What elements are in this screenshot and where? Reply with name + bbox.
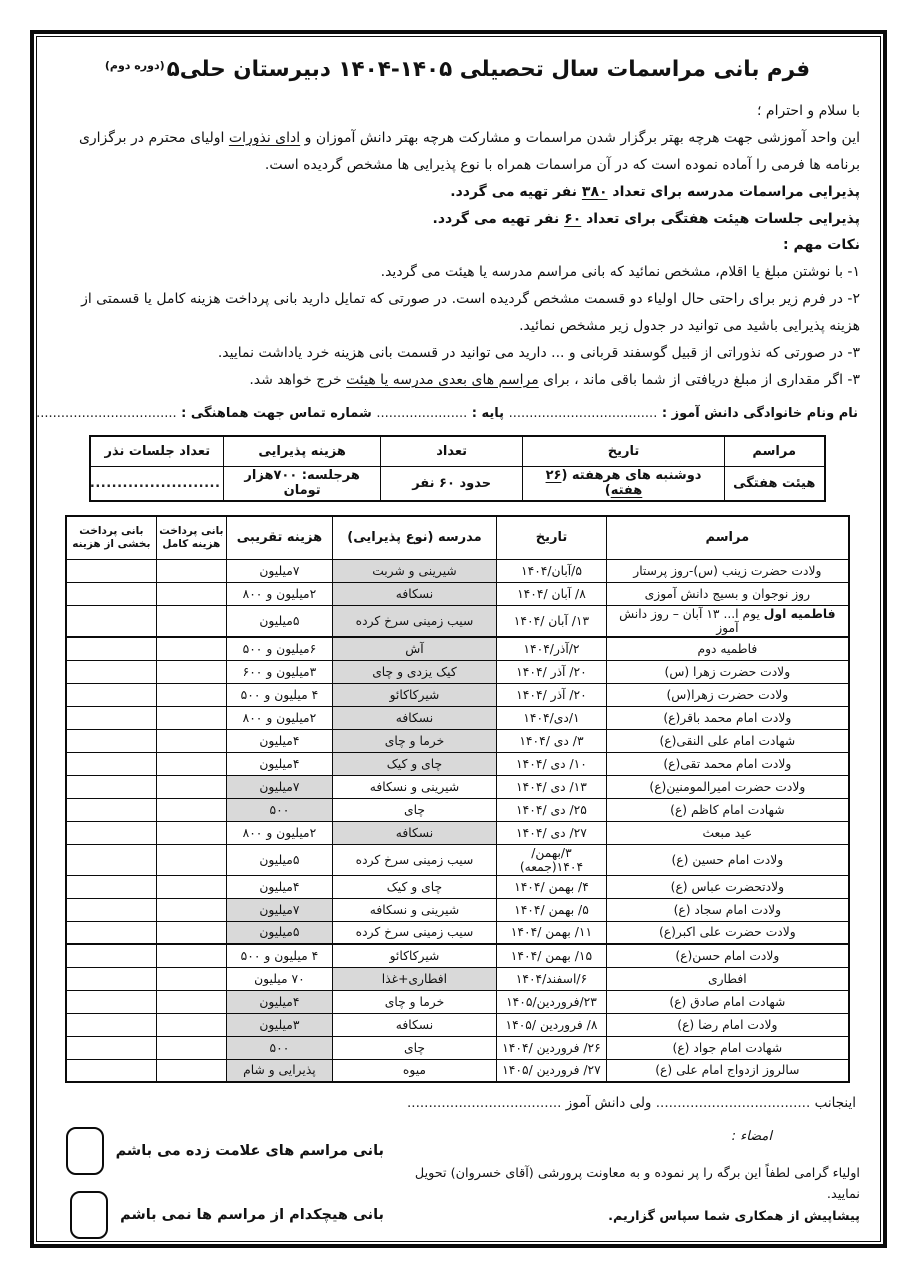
ceremony-row: ولادت امام سجاد (ع) ۵/ بهمن /۱۴۰۴ شیرینی… [66, 898, 849, 921]
ceremony-name-cell: ولادت حضرت امیرالمومنین(ع) [606, 775, 849, 798]
reception-type-cell: خرما و چای [332, 990, 496, 1013]
full-payment-cell[interactable] [156, 1013, 226, 1036]
weekly-nazr-field[interactable]: ........................ [90, 467, 224, 501]
ceremony-name-cell: ولادت امام رضا (ع) [606, 1013, 849, 1036]
note-1: ۱- با نوشتن مبلغ یا اقلام، مشخص نمائید ک… [55, 259, 860, 286]
full-payment-cell[interactable] [156, 560, 226, 583]
ceremony-date-cell: ۱۳/ دی /۱۴۰۴ [497, 775, 607, 798]
note-3: ۳- در صورتی که نذوراتی از قبیل گوسفند قر… [55, 340, 860, 367]
ceremony-date-cell: ۱/دی/۱۴۰۴ [497, 706, 607, 729]
reception-type-cell: شیرینی و نسکافه [332, 775, 496, 798]
partial-payment-cell[interactable] [66, 706, 156, 729]
form-page: فرم بانی مراسمات سال تحصیلی ۱۴۰۵-۱۴۰۴ دب… [0, 0, 921, 1280]
approx-cost-cell: ۷میلیون [227, 775, 333, 798]
partial-payment-cell[interactable] [66, 798, 156, 821]
full-payment-cell[interactable] [156, 898, 226, 921]
weekly-header-row: مراسم تاریخ تعداد هزینه پذیرایی تعداد جل… [90, 436, 825, 467]
approx-cost-cell: ۴میلیون [227, 729, 333, 752]
signature-block: امضاء : اولیاء گرامی لطفاً این برگه را پ… [390, 1113, 860, 1239]
approx-cost-cell: ۶میلیون و ۵۰۰ [227, 637, 333, 660]
ceremony-name-cell: ولادتحضرت عباس (ع) [606, 875, 849, 898]
header-reception-type: مدرسه (نوع پذیرایی) [332, 516, 496, 560]
full-payment-cell[interactable] [156, 706, 226, 729]
ceremony-row: ولادت امام محمد باقر(ع) ۱/دی/۱۴۰۴ نسکافه… [66, 706, 849, 729]
reception-type-cell: شیرکاکائو [332, 944, 496, 967]
ceremonies-header-row: مراسم تاریخ مدرسه (نوع پذیرایی) هزینه تق… [66, 516, 849, 560]
heyat-capacity-count: ۶۰ [564, 211, 581, 227]
full-payment-cell[interactable] [156, 606, 226, 638]
reception-type-cell: نسکافه [332, 1013, 496, 1036]
approx-cost-cell: ۴میلیون [227, 990, 333, 1013]
full-payment-cell[interactable] [156, 875, 226, 898]
ceremony-row: ولادت امام حسن(ع) ۱۵/ بهمن /۱۴۰۴ شیرکاکا… [66, 944, 849, 967]
ceremony-name-cell: شهادت امام جواد (ع) [606, 1036, 849, 1059]
approx-cost-cell: ۵۰۰ [227, 1036, 333, 1059]
approx-cost-cell: ۷۰ میلیون [227, 967, 333, 990]
sponsor-choice-block: بانی مراسم های علامت زده می باشم بانی هی… [55, 1113, 390, 1239]
ceremony-name-cell: فاطمیه دوم [606, 637, 849, 660]
ceremony-date-cell: ۸/ فروردین /۱۴۰۵ [497, 1013, 607, 1036]
ceremony-date-cell: ۱۵/ بهمن /۱۴۰۴ [497, 944, 607, 967]
ceremony-row: ولادت امام رضا (ع) ۸/ فروردین /۱۴۰۵ نسکا… [66, 1013, 849, 1036]
ceremony-name-cell: ولادت حضرت زهرا(س) [606, 683, 849, 706]
full-payment-cell[interactable] [156, 1036, 226, 1059]
approx-cost-cell: ۳میلیون [227, 1013, 333, 1036]
partial-payment-cell[interactable] [66, 921, 156, 944]
full-payment-cell[interactable] [156, 637, 226, 660]
sponsor-none-row: بانی هیچکدام از مراسم ها نمی باشم [55, 1191, 390, 1239]
reception-type-cell: شیرینی و شربت [332, 560, 496, 583]
weekly-data-row: هیئت هفتگی دوشنبه های هرهفته (۲۶ هفته) ح… [90, 467, 825, 501]
school-capacity-count: ۳۸۰ [582, 184, 608, 200]
weekly-date-a: دوشنبه های هرهفته ( [561, 468, 701, 483]
student-info-line: نام ونام خانوادگی دانش آموز : ..........… [57, 406, 858, 421]
ceremony-date-cell: ۳/ دی /۱۴۰۴ [497, 729, 607, 752]
ceremony-name-cell: روز نوجوان و بسیج دانش آموزی [606, 583, 849, 606]
header-partial-payment-sponsor: بانی پرداخت بخشی از هزینه [66, 516, 156, 560]
full-payment-cell[interactable] [156, 798, 226, 821]
weekly-header-nazr-count: تعداد جلسات نذر [90, 436, 224, 467]
ceremony-row: ولادت حضرت علی اکبر(ع) ۱۱/ بهمن /۱۴۰۴ سی… [66, 921, 849, 944]
sponsor-marked-row: بانی مراسم های علامت زده می باشم [55, 1127, 390, 1175]
phone-field[interactable]: .................................... [36, 406, 177, 421]
page-title: فرم بانی مراسمات سال تحصیلی ۱۴۰۵-۱۴۰۴ دب… [55, 57, 860, 82]
reception-type-cell: آش [332, 637, 496, 660]
ceremony-date-cell: ۵/ بهمن /۱۴۰۴ [497, 898, 607, 921]
ceremony-row: ولادت امام حسین (ع) ۳/بهمن/۱۴۰۴(جمعه) سی… [66, 844, 849, 875]
note-4-a: ۳- اگر مقداری از مبلغ دریافتی از شما باق… [539, 372, 860, 388]
ceremony-date-cell: ۲۰/ آذر /۱۴۰۴ [497, 660, 607, 683]
note-2: ۲- در فرم زیر برای راحتی حال اولیاء دو ق… [55, 286, 860, 340]
reception-type-cell: چای و کیک [332, 752, 496, 775]
ceremony-row: افطاری ۶/اسفند/۱۴۰۴ افطاری+غذا ۷۰ میلیون [66, 967, 849, 990]
heyat-capacity-line: پذیرایی جلسات هیئت هفتگی برای تعداد ۶۰ ن… [55, 206, 860, 233]
weekly-header-ceremony: مراسم [724, 436, 825, 467]
approx-cost-cell: ۵۰۰ [227, 798, 333, 821]
page-title-text: فرم بانی مراسمات سال تحصیلی ۱۴۰۵-۱۴۰۴ دب… [167, 57, 811, 82]
partial-payment-cell[interactable] [66, 844, 156, 875]
closing-note-2: پیشاپیش از همکاری شما سپاس گزاریم. [390, 1209, 860, 1224]
full-payment-cell[interactable] [156, 683, 226, 706]
weekly-ceremony-cell: هیئت هفتگی [724, 467, 825, 501]
sponsor-marked-checkbox[interactable] [66, 1127, 104, 1175]
ceremony-row: ولادت حضرت زینب (س)-روز پرستار ۵/آبان/۱۴… [66, 560, 849, 583]
reception-type-cell: نسکافه [332, 821, 496, 844]
signature-label: امضاء : [390, 1129, 772, 1144]
full-payment-cell[interactable] [156, 844, 226, 875]
ceremony-name-cell: شهادت امام کاظم (ع) [606, 798, 849, 821]
ceremony-name-cell: فاطمیه اول یوم ا... ۱۳ آبان – روز دانش آ… [606, 606, 849, 638]
full-payment-cell[interactable] [156, 752, 226, 775]
student-name-label: نام ونام خانوادگی دانش آموز : [662, 406, 858, 421]
partial-payment-cell[interactable] [66, 583, 156, 606]
bottom-section: امضاء : اولیاء گرامی لطفاً این برگه را پ… [55, 1113, 860, 1239]
school-capacity-a: پذیرایی مراسمات مدرسه برای تعداد [608, 184, 860, 200]
weekly-header-date: تاریخ [523, 436, 724, 467]
approx-cost-cell: ۷میلیون [227, 898, 333, 921]
intro-section: با سلام و احترام ؛ این واحد آموزشی جهت ه… [55, 98, 860, 394]
note-4: ۳- اگر مقداری از مبلغ دریافتی از شما باق… [55, 367, 860, 394]
ceremony-date-cell: ۵/آبان/۱۴۰۴ [497, 560, 607, 583]
ceremony-date-cell: ۴/ بهمن /۱۴۰۴ [497, 875, 607, 898]
ceremony-row: روز نوجوان و بسیج دانش آموزی ۸/ آبان /۱۴… [66, 583, 849, 606]
full-payment-cell[interactable] [156, 944, 226, 967]
intro-paragraph-underlined: ادای نذورات [229, 130, 300, 146]
phone-label: شماره تماس جهت هماهنگی : [181, 406, 372, 421]
ceremony-row: ولادتحضرت عباس (ع) ۴/ بهمن /۱۴۰۴ چای و ک… [66, 875, 849, 898]
header-approx-cost: هزینه تقریبی [227, 516, 333, 560]
partial-payment-cell[interactable] [66, 660, 156, 683]
grade-field[interactable]: ...................... [376, 406, 467, 421]
approx-cost-cell: ۲میلیون و ۸۰۰ [227, 583, 333, 606]
full-payment-cell[interactable] [156, 660, 226, 683]
page-border-frame: فرم بانی مراسمات سال تحصیلی ۱۴۰۵-۱۴۰۴ دب… [30, 30, 887, 1248]
note-4-b: خرج خواهد شد. [249, 372, 346, 388]
heyat-capacity-b: نفر تهیه می گردد. [433, 211, 565, 227]
ceremony-date-cell: ۸/ آبان /۱۴۰۴ [497, 583, 607, 606]
reception-type-cell: سیب زمینی سرخ کرده [332, 606, 496, 638]
partial-payment-cell[interactable] [66, 898, 156, 921]
header-date: تاریخ [497, 516, 607, 560]
ceremony-row: شهادت امام کاظم (ع) ۲۵/ دی /۱۴۰۴ چای ۵۰۰ [66, 798, 849, 821]
partial-payment-cell[interactable] [66, 944, 156, 967]
ceremony-name-cell: ولادت امام حسن(ع) [606, 944, 849, 967]
full-payment-cell[interactable] [156, 775, 226, 798]
full-payment-cell[interactable] [156, 729, 226, 752]
partial-payment-cell[interactable] [66, 637, 156, 660]
ceremony-name-cell: شهادت امام علی النقی(ع) [606, 729, 849, 752]
undersigned-name-field[interactable]: .................................... [656, 1095, 811, 1111]
partial-payment-cell[interactable] [66, 775, 156, 798]
reception-type-cell: سیب زمینی سرخ کرده [332, 921, 496, 944]
reception-type-cell: کیک یزدی و چای [332, 660, 496, 683]
ceremony-date-cell: ۲۷/ دی /۱۴۰۴ [497, 821, 607, 844]
reception-type-cell: افطاری+غذا [332, 967, 496, 990]
partial-payment-cell[interactable] [66, 560, 156, 583]
approx-cost-cell: ۴ میلیون و ۵۰۰ [227, 944, 333, 967]
ceremony-name-cell: عید مبعث [606, 821, 849, 844]
sponsor-none-checkbox[interactable] [70, 1191, 108, 1239]
ceremony-name-cell: ولادت امام سجاد (ع) [606, 898, 849, 921]
reception-type-cell: چای و کیک [332, 875, 496, 898]
note-4-underlined: مراسم های بعدی مدرسه یا هیئت [346, 372, 539, 388]
ceremony-name-cell: ولادت حضرت علی اکبر(ع) [606, 921, 849, 944]
weekly-count-cell: حدود ۶۰ نفر [380, 467, 523, 501]
ceremony-row: ولادت حضرت زهرا (س) ۲۰/ آذر /۱۴۰۴ کیک یز… [66, 660, 849, 683]
ceremony-row: شهادت امام صادق (ع) ۲۳/فروردین/۱۴۰۵ خرما… [66, 990, 849, 1013]
ceremony-name-cell: سالروز ازدواج امام علی (ع) [606, 1059, 849, 1082]
guardian-name-field[interactable]: .................................... [407, 1095, 562, 1111]
full-payment-cell[interactable] [156, 1059, 226, 1082]
intro-paragraph-a: این واحد آموزشی جهت هرچه بهتر برگزار شدن… [300, 130, 860, 146]
ceremony-row: شهادت امام علی النقی(ع) ۳/ دی /۱۴۰۴ خرما… [66, 729, 849, 752]
closing-note-1: اولیاء گرامی لطفاً این برگه را پر نموده … [390, 1164, 860, 1205]
approx-cost-cell: ۵میلیون [227, 606, 333, 638]
ceremony-date-cell: ۲/آذر/۱۴۰۴ [497, 637, 607, 660]
approx-cost-cell: ۷میلیون [227, 560, 333, 583]
ceremony-name-cell: شهادت امام صادق (ع) [606, 990, 849, 1013]
weekly-cost-cell: هرجلسه: ۷۰۰هزار تومان [224, 467, 380, 501]
undersigned-label: اینجانب [815, 1095, 856, 1111]
partial-payment-cell[interactable] [66, 606, 156, 638]
reception-type-cell: نسکافه [332, 583, 496, 606]
approx-cost-cell: ۴میلیون [227, 752, 333, 775]
partial-payment-cell[interactable] [66, 1036, 156, 1059]
ceremony-row: ولادت حضرت امیرالمومنین(ع) ۱۳/ دی /۱۴۰۴ … [66, 775, 849, 798]
partial-payment-cell[interactable] [66, 967, 156, 990]
ceremony-date-cell: ۲۵/ دی /۱۴۰۴ [497, 798, 607, 821]
full-payment-cell[interactable] [156, 990, 226, 1013]
approx-cost-cell: ۲میلیون و ۸۰۰ [227, 821, 333, 844]
heyat-capacity-a: پذیرایی جلسات هیئت هفتگی برای تعداد [581, 211, 860, 227]
ceremony-date-cell: ۳/بهمن/۱۴۰۴(جمعه) [497, 844, 607, 875]
approx-cost-cell: ۴ میلیون و ۵۰۰ [227, 683, 333, 706]
reception-type-cell: شیرینی و نسکافه [332, 898, 496, 921]
partial-payment-cell[interactable] [66, 1059, 156, 1082]
ceremony-name-cell: ولادت حضرت زهرا (س) [606, 660, 849, 683]
guardian-label: ولی دانش آموز [566, 1095, 652, 1111]
partial-payment-cell[interactable] [66, 729, 156, 752]
ceremony-date-cell: ۶/اسفند/۱۴۰۴ [497, 967, 607, 990]
ceremony-row: ولادت امام محمد تقی(ع) ۱۰/ دی /۱۴۰۴ چای … [66, 752, 849, 775]
approx-cost-cell: ۴میلیون [227, 875, 333, 898]
weekly-date-cell: دوشنبه های هرهفته (۲۶ هفته) [523, 467, 724, 501]
weekly-header-count: تعداد [380, 436, 523, 467]
ceremony-row: ولادت حضرت زهرا(س) ۲۰/ آذر /۱۴۰۴ شیرکاکا… [66, 683, 849, 706]
ceremony-date-cell: ۲۳/فروردین/۱۴۰۵ [497, 990, 607, 1013]
ceremony-date-cell: ۲۶/ فروردین /۱۴۰۴ [497, 1036, 607, 1059]
ceremony-row: فاطمیه اول یوم ا... ۱۳ آبان – روز دانش آ… [66, 606, 849, 638]
partial-payment-cell[interactable] [66, 683, 156, 706]
full-payment-cell[interactable] [156, 821, 226, 844]
reception-type-cell: چای [332, 1036, 496, 1059]
weekly-header-cost: هزینه پذیرایی [224, 436, 380, 467]
school-capacity-b: نفر تهیه می گردد. [450, 184, 582, 200]
approx-cost-cell: ۵میلیون [227, 844, 333, 875]
page-inner: فرم بانی مراسمات سال تحصیلی ۱۴۰۵-۱۴۰۴ دب… [36, 36, 881, 1242]
ceremony-date-cell: ۱۰/ دی /۱۴۰۴ [497, 752, 607, 775]
sponsor-none-label: بانی هیچکدام از مراسم ها نمی باشم [120, 1207, 384, 1223]
intro-paragraph: این واحد آموزشی جهت هرچه بهتر برگزار شدن… [55, 125, 860, 179]
sponsor-marked-label: بانی مراسم های علامت زده می باشم [116, 1143, 384, 1159]
approx-cost-cell: ۲میلیون و ۸۰۰ [227, 706, 333, 729]
reception-type-cell: شیرکاکائو [332, 683, 496, 706]
ceremony-row: عید مبعث ۲۷/ دی /۱۴۰۴ نسکافه ۲میلیون و ۸… [66, 821, 849, 844]
grade-label: پایه : [472, 406, 504, 421]
partial-payment-cell[interactable] [66, 990, 156, 1013]
ceremony-row: شهادت امام جواد (ع) ۲۶/ فروردین /۱۴۰۴ چا… [66, 1036, 849, 1059]
student-name-field[interactable]: .................................... [509, 406, 658, 421]
reception-type-cell: خرما و چای [332, 729, 496, 752]
ceremony-row: سالروز ازدواج امام علی (ع) ۲۷/ فروردین /… [66, 1059, 849, 1082]
ceremony-date-cell: ۲۰/ آذر /۱۴۰۴ [497, 683, 607, 706]
ceremonies-table: مراسم تاریخ مدرسه (نوع پذیرایی) هزینه تق… [65, 515, 850, 1084]
reception-type-cell: میوه [332, 1059, 496, 1082]
ceremony-name-cell: افطاری [606, 967, 849, 990]
reception-type-cell: نسکافه [332, 706, 496, 729]
school-capacity-line: پذیرایی مراسمات مدرسه برای تعداد ۳۸۰ نفر… [55, 179, 860, 206]
partial-payment-cell[interactable] [66, 752, 156, 775]
full-payment-cell[interactable] [156, 921, 226, 944]
full-payment-cell[interactable] [156, 583, 226, 606]
ceremony-name-cell: ولادت امام محمد باقر(ع) [606, 706, 849, 729]
ceremony-name-cell: ولادت امام حسین (ع) [606, 844, 849, 875]
ceremony-row: فاطمیه دوم ۲/آذر/۱۴۰۴ آش ۶میلیون و ۵۰۰ [66, 637, 849, 660]
ceremony-date-cell: ۱۳/ آبان /۱۴۰۴ [497, 606, 607, 638]
partial-payment-cell[interactable] [66, 875, 156, 898]
page-title-suffix: (دوره دوم) [105, 59, 165, 72]
partial-payment-cell[interactable] [66, 821, 156, 844]
partial-payment-cell[interactable] [66, 1013, 156, 1036]
notes-title: نکات مهم : [55, 232, 860, 259]
approx-cost-cell: ۳میلیون و ۶۰۰ [227, 660, 333, 683]
undersigned-line: اینجانب ................................… [55, 1095, 860, 1111]
reception-type-cell: چای [332, 798, 496, 821]
greeting-line: با سلام و احترام ؛ [55, 98, 860, 125]
ceremony-name-cell: ولادت امام محمد تقی(ع) [606, 752, 849, 775]
reception-type-cell: سیب زمینی سرخ کرده [332, 844, 496, 875]
ceremony-name-cell: ولادت حضرت زینب (س)-روز پرستار [606, 560, 849, 583]
approx-cost-cell: پذیرایی و شام [227, 1059, 333, 1082]
ceremony-date-cell: ۲۷/ فروردین /۱۴۰۵ [497, 1059, 607, 1082]
ceremony-date-cell: ۱۱/ بهمن /۱۴۰۴ [497, 921, 607, 944]
weekly-heyat-table: مراسم تاریخ تعداد هزینه پذیرایی تعداد جل… [89, 435, 826, 502]
header-ceremony: مراسم [606, 516, 849, 560]
approx-cost-cell: ۵میلیون [227, 921, 333, 944]
full-payment-cell[interactable] [156, 967, 226, 990]
header-full-payment-sponsor: بانی پرداخت هزینه کامل [156, 516, 226, 560]
